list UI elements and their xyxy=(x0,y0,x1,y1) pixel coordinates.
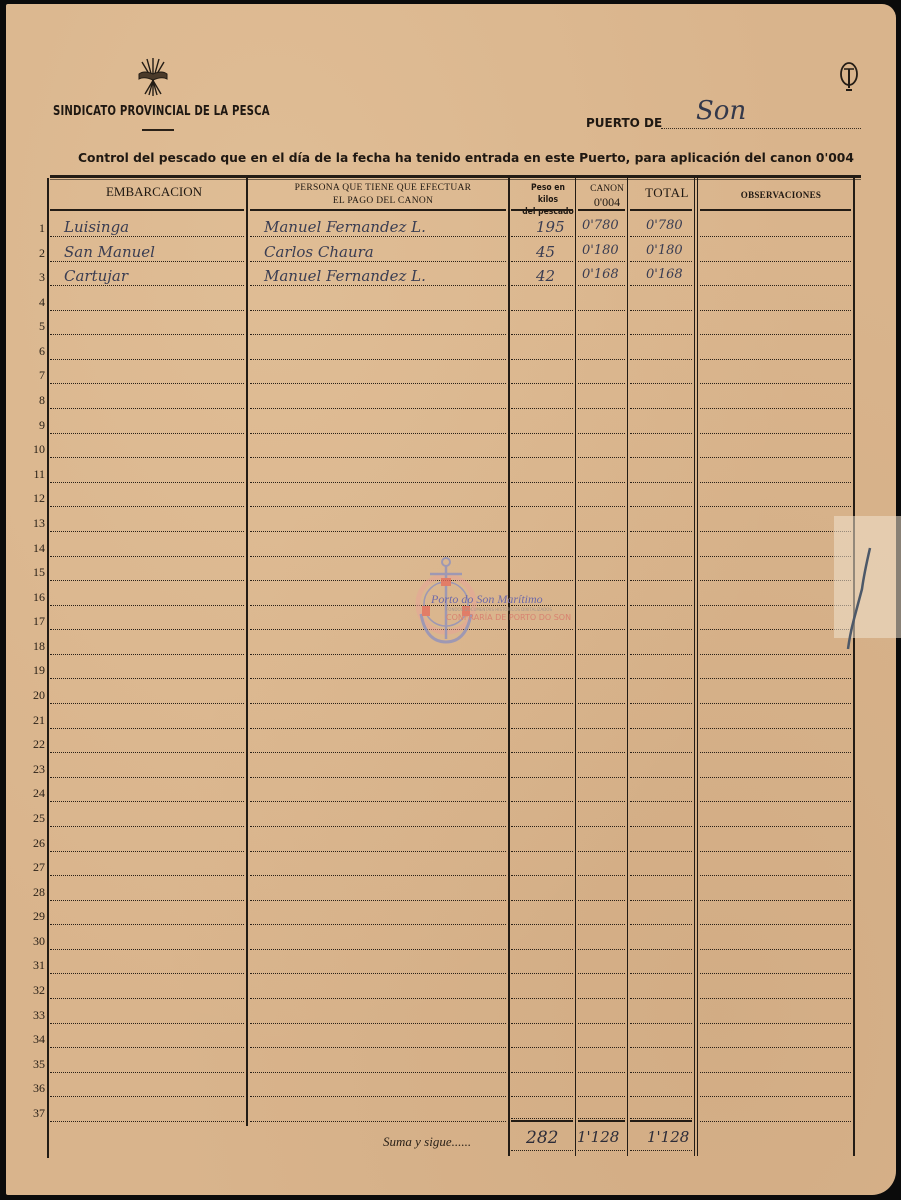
row-field-line xyxy=(511,383,573,384)
row-number: 28 xyxy=(20,885,45,900)
row-field-line xyxy=(700,556,851,557)
table-row: 33 xyxy=(6,1003,896,1027)
table-row: 7 xyxy=(6,363,896,387)
row-number: 11 xyxy=(20,467,45,482)
row-field-line xyxy=(511,777,573,778)
row-field-line xyxy=(700,605,851,606)
row-field-line xyxy=(700,629,851,630)
row-number: 7 xyxy=(20,368,45,383)
table-row: 22 xyxy=(6,732,896,756)
row-field-line xyxy=(630,1072,692,1073)
row-field-line xyxy=(511,924,573,925)
row-field-line xyxy=(700,678,851,679)
cell-total[interactable]: 0'168 xyxy=(646,267,683,282)
summary-total[interactable]: 1'128 xyxy=(647,1128,689,1146)
row-field-line xyxy=(578,261,625,262)
row-field-line xyxy=(50,998,244,999)
row-field-line xyxy=(250,678,506,679)
row-field-line xyxy=(700,261,851,262)
row-field-line xyxy=(578,531,625,532)
row-field-line xyxy=(511,1096,573,1097)
row-field-line xyxy=(250,777,506,778)
row-field-line xyxy=(250,826,506,827)
row-field-line xyxy=(511,236,573,237)
row-field-line xyxy=(630,285,692,286)
row-field-line xyxy=(700,826,851,827)
watermark-script: Porto do Son Marítimo xyxy=(431,592,543,607)
row-field-line xyxy=(630,924,692,925)
row-number: 33 xyxy=(20,1008,45,1023)
row-field-line xyxy=(578,752,625,753)
row-field-line xyxy=(250,973,506,974)
table-row: 37 xyxy=(6,1101,896,1125)
header-underline xyxy=(578,209,625,211)
table-row: 36 xyxy=(6,1076,896,1100)
row-number: 36 xyxy=(20,1081,45,1096)
header-underline xyxy=(630,209,692,211)
cell-total[interactable]: 0'180 xyxy=(646,243,683,258)
row-field-line xyxy=(700,924,851,925)
row-field-line xyxy=(250,728,506,729)
row-number: 6 xyxy=(20,344,45,359)
row-field-line xyxy=(511,482,573,483)
row-number: 17 xyxy=(20,614,45,629)
header-underline xyxy=(511,209,573,211)
row-number: 23 xyxy=(20,762,45,777)
row-field-line xyxy=(511,261,573,262)
row-field-line xyxy=(578,924,625,925)
row-field-line xyxy=(250,383,506,384)
row-field-line xyxy=(578,580,625,581)
row-field-line xyxy=(511,998,573,999)
row-field-line xyxy=(250,334,506,335)
header-peso: Peso en kilos del pescado xyxy=(521,182,575,218)
row-number: 4 xyxy=(20,295,45,310)
row-field-line xyxy=(511,801,573,802)
row-field-line xyxy=(700,285,851,286)
row-field-line xyxy=(578,973,625,974)
row-field-line xyxy=(578,457,625,458)
table-row: 29 xyxy=(6,904,896,928)
row-field-line xyxy=(700,777,851,778)
puerto-field-line xyxy=(661,128,861,129)
row-field-line xyxy=(630,334,692,335)
row-field-line xyxy=(511,752,573,753)
row-field-line xyxy=(50,482,244,483)
table-row: 10 xyxy=(6,437,896,461)
row-field-line xyxy=(578,482,625,483)
row-field-line xyxy=(511,310,573,311)
row-field-line xyxy=(250,408,506,409)
cell-canon[interactable]: 0'168 xyxy=(582,267,619,282)
cell-embarcacion[interactable]: San Manuel xyxy=(64,243,155,261)
header-underline xyxy=(50,209,244,211)
row-field-line xyxy=(700,236,851,237)
row-field-line xyxy=(578,949,625,950)
header-underline xyxy=(250,209,506,211)
cell-embarcacion[interactable]: Cartujar xyxy=(64,267,128,285)
row-field-line xyxy=(578,506,625,507)
row-number: 21 xyxy=(20,713,45,728)
row-field-line xyxy=(250,900,506,901)
row-field-line xyxy=(50,531,244,532)
row-field-line xyxy=(578,875,625,876)
row-field-line xyxy=(630,801,692,802)
row-field-line xyxy=(250,998,506,999)
row-field-line xyxy=(250,359,506,360)
row-field-line xyxy=(578,236,625,237)
row-field-line xyxy=(578,1072,625,1073)
row-field-line xyxy=(700,998,851,999)
row-field-line xyxy=(630,900,692,901)
row-field-line xyxy=(50,285,244,286)
cell-embarcacion[interactable]: Luisinga xyxy=(64,218,129,236)
row-number: 12 xyxy=(20,491,45,506)
row-field-line xyxy=(50,851,244,852)
row-field-line xyxy=(511,1023,573,1024)
row-number: 18 xyxy=(20,639,45,654)
row-field-line xyxy=(250,851,506,852)
row-field-line xyxy=(50,310,244,311)
row-field-line xyxy=(630,703,692,704)
title-underline xyxy=(142,129,174,131)
row-field-line xyxy=(578,383,625,384)
cell-peso[interactable]: 42 xyxy=(536,267,555,285)
row-number: 5 xyxy=(20,319,45,334)
header-canon-line2: 0'004 xyxy=(582,196,632,209)
row-field-line xyxy=(630,851,692,852)
table-row: 8 xyxy=(6,388,896,412)
row-field-line xyxy=(50,654,244,655)
row-field-line xyxy=(50,1023,244,1024)
row-field-line xyxy=(50,678,244,679)
row-field-line xyxy=(630,678,692,679)
row-field-line xyxy=(700,334,851,335)
table-row: 25 xyxy=(6,806,896,830)
row-number: 19 xyxy=(20,663,45,678)
summary-field-line xyxy=(578,1150,625,1151)
row-field-line xyxy=(700,457,851,458)
table-row: 28 xyxy=(6,880,896,904)
row-field-line xyxy=(50,580,244,581)
row-field-line xyxy=(630,506,692,507)
row-field-line xyxy=(700,654,851,655)
row-field-line xyxy=(700,851,851,852)
summary-field-line xyxy=(511,1150,573,1151)
row-field-line xyxy=(630,826,692,827)
row-field-line xyxy=(630,261,692,262)
row-field-line xyxy=(630,752,692,753)
row-field-line xyxy=(250,949,506,950)
row-field-line xyxy=(50,924,244,925)
table-row: 30 xyxy=(6,929,896,953)
row-field-line xyxy=(511,851,573,852)
yoke-and-arrows-icon xyxy=(136,54,170,98)
row-field-line xyxy=(630,236,692,237)
row-field-line xyxy=(700,949,851,950)
row-field-line xyxy=(50,1096,244,1097)
row-field-line xyxy=(578,851,625,852)
row-number: 1 xyxy=(20,221,45,236)
table-row: 23 xyxy=(6,757,896,781)
table-row: 3CartujarManuel Fernandez L.420'1680'168 xyxy=(6,265,896,289)
row-field-line xyxy=(50,629,244,630)
row-field-line xyxy=(50,777,244,778)
row-field-line xyxy=(630,482,692,483)
row-field-line xyxy=(578,1023,625,1024)
row-field-line xyxy=(250,1047,506,1048)
row-field-line xyxy=(250,1023,506,1024)
row-field-line xyxy=(50,1072,244,1073)
row-field-line xyxy=(630,556,692,557)
row-field-line xyxy=(511,531,573,532)
row-number: 27 xyxy=(20,860,45,875)
table-row: 13 xyxy=(6,511,896,535)
row-field-line xyxy=(511,654,573,655)
row-field-line xyxy=(250,703,506,704)
row-field-line xyxy=(630,531,692,532)
table-row: 20 xyxy=(6,683,896,707)
row-field-line xyxy=(50,703,244,704)
row-field-line xyxy=(578,629,625,630)
document-page: SINDICATO PROVINCIAL DE LA PESCA PUERTO … xyxy=(6,4,896,1195)
row-field-line xyxy=(578,408,625,409)
table-row: 35 xyxy=(6,1052,896,1076)
table-row: 11 xyxy=(6,462,896,486)
row-field-line xyxy=(50,900,244,901)
row-field-line xyxy=(250,752,506,753)
row-field-line xyxy=(630,998,692,999)
row-field-line xyxy=(578,310,625,311)
row-field-line xyxy=(578,900,625,901)
table-row: 24 xyxy=(6,781,896,805)
row-number: 20 xyxy=(20,688,45,703)
row-field-line xyxy=(700,703,851,704)
row-field-line xyxy=(250,1096,506,1097)
table-row: 32 xyxy=(6,978,896,1002)
row-field-line xyxy=(578,285,625,286)
row-number: 32 xyxy=(20,983,45,998)
row-field-line xyxy=(250,531,506,532)
row-field-line xyxy=(630,629,692,630)
row-number: 14 xyxy=(20,541,45,556)
header-persona-line1: PERSONA QUE TIENE QUE EFECTUAR xyxy=(254,182,512,195)
table-row: 5 xyxy=(6,314,896,338)
row-field-line xyxy=(511,728,573,729)
row-field-line xyxy=(630,310,692,311)
puerto-value[interactable]: Son xyxy=(696,96,746,126)
row-field-line xyxy=(630,457,692,458)
row-number: 24 xyxy=(20,786,45,801)
summary-rule xyxy=(511,1118,573,1122)
row-number: 9 xyxy=(20,418,45,433)
row-field-line xyxy=(50,752,244,753)
row-field-line xyxy=(630,777,692,778)
row-field-line xyxy=(630,728,692,729)
row-field-line xyxy=(578,703,625,704)
row-field-line xyxy=(511,973,573,974)
header-persona: PERSONA QUE TIENE QUE EFECTUAR EL PAGO D… xyxy=(254,182,512,208)
row-field-line xyxy=(578,1096,625,1097)
row-field-line xyxy=(630,973,692,974)
row-field-line xyxy=(50,506,244,507)
row-field-line xyxy=(511,703,573,704)
row-field-line xyxy=(700,1121,851,1122)
row-field-line xyxy=(50,826,244,827)
cell-canon[interactable]: 0'180 xyxy=(582,243,619,258)
row-field-line xyxy=(250,433,506,434)
row-field-line xyxy=(511,826,573,827)
row-field-line xyxy=(250,457,506,458)
summary-rule xyxy=(630,1118,692,1122)
row-field-line xyxy=(50,433,244,434)
row-field-line xyxy=(250,236,506,237)
header-persona-line2: EL PAGO DEL CANON xyxy=(254,195,512,208)
cell-canon[interactable]: 0'780 xyxy=(582,218,619,233)
control-title: Control del pescado que en el día de la … xyxy=(78,151,854,165)
header-total: TOTAL xyxy=(634,185,700,201)
row-field-line xyxy=(578,654,625,655)
header-underline xyxy=(700,209,851,211)
row-field-line xyxy=(630,654,692,655)
row-field-line xyxy=(511,678,573,679)
cell-peso[interactable]: 195 xyxy=(536,218,565,236)
row-field-line xyxy=(630,359,692,360)
row-field-line xyxy=(630,580,692,581)
row-field-line xyxy=(700,506,851,507)
row-field-line xyxy=(578,359,625,360)
table-top-rule-2 xyxy=(50,179,861,180)
row-field-line xyxy=(250,310,506,311)
row-number: 8 xyxy=(20,393,45,408)
row-field-line xyxy=(578,678,625,679)
row-field-line xyxy=(630,1023,692,1024)
row-field-line xyxy=(700,900,851,901)
table-row: 34 xyxy=(6,1027,896,1051)
table-row: 12 xyxy=(6,486,896,510)
row-field-line xyxy=(511,506,573,507)
cell-persona[interactable]: Manuel Fernandez L. xyxy=(264,218,426,236)
row-field-line xyxy=(700,1023,851,1024)
watermark-subtitle: FONDOS DOCUMENTAIS HISTÓRICOS DIXITALIZA… xyxy=(446,607,552,612)
header-canon: CANON 0'004 xyxy=(582,183,632,209)
row-number: 31 xyxy=(20,958,45,973)
row-field-line xyxy=(700,433,851,434)
table-row: 4 xyxy=(6,290,896,314)
row-field-line xyxy=(511,285,573,286)
summary-canon[interactable]: 1'128 xyxy=(577,1128,619,1146)
row-field-line xyxy=(50,408,244,409)
row-field-line xyxy=(700,359,851,360)
table-row: 19 xyxy=(6,658,896,682)
watermark-org: CONFRARÍA DE PORTO DO SON xyxy=(446,613,571,622)
row-field-line xyxy=(578,556,625,557)
row-field-line xyxy=(578,433,625,434)
row-field-line xyxy=(700,1096,851,1097)
row-field-line xyxy=(50,605,244,606)
table-row: 6 xyxy=(6,339,896,363)
table-row: 27 xyxy=(6,855,896,879)
row-field-line xyxy=(630,1047,692,1048)
row-field-line xyxy=(578,801,625,802)
cell-total[interactable]: 0'780 xyxy=(646,218,683,233)
row-field-line xyxy=(700,482,851,483)
summary-peso[interactable]: 282 xyxy=(526,1128,558,1148)
row-field-line xyxy=(250,801,506,802)
row-field-line xyxy=(700,973,851,974)
row-field-line xyxy=(250,875,506,876)
row-field-line xyxy=(50,556,244,557)
row-field-line xyxy=(700,408,851,409)
row-field-line xyxy=(250,1072,506,1073)
header-peso-line1: Peso en kilos xyxy=(521,182,575,206)
row-field-line xyxy=(630,383,692,384)
row-number: 13 xyxy=(20,516,45,531)
row-field-line xyxy=(50,261,244,262)
row-field-line xyxy=(630,949,692,950)
row-field-line xyxy=(511,334,573,335)
row-field-line xyxy=(578,1047,625,1048)
cell-peso[interactable]: 45 xyxy=(536,243,555,261)
row-number: 3 xyxy=(20,270,45,285)
puerto-label: PUERTO DE xyxy=(586,116,662,130)
row-field-line xyxy=(250,654,506,655)
table-row: 2San ManuelCarlos Chaura450'1800'180 xyxy=(6,241,896,265)
row-field-line xyxy=(50,801,244,802)
row-field-line xyxy=(511,408,573,409)
row-field-line xyxy=(250,506,506,507)
cell-persona[interactable]: Carlos Chaura xyxy=(264,243,374,261)
row-field-line xyxy=(511,1072,573,1073)
row-field-line xyxy=(630,1096,692,1097)
row-number: 10 xyxy=(20,442,45,457)
summary-rule xyxy=(578,1118,625,1122)
row-number: 22 xyxy=(20,737,45,752)
row-field-line xyxy=(700,531,851,532)
table-row: 9 xyxy=(6,413,896,437)
oval-emblem-icon xyxy=(838,60,860,94)
row-field-line xyxy=(700,580,851,581)
row-number: 2 xyxy=(20,246,45,261)
row-field-line xyxy=(511,457,573,458)
row-number: 29 xyxy=(20,909,45,924)
table-row: 31 xyxy=(6,953,896,977)
row-field-line xyxy=(50,359,244,360)
row-field-line xyxy=(578,777,625,778)
row-field-line xyxy=(700,752,851,753)
organization-name: SINDICATO PROVINCIAL DE LA PESCA xyxy=(53,104,270,119)
row-field-line xyxy=(578,605,625,606)
row-number: 30 xyxy=(20,934,45,949)
row-field-line xyxy=(578,334,625,335)
header-observaciones: OBSERVACIONES xyxy=(704,190,858,200)
row-field-line xyxy=(250,285,506,286)
row-field-line xyxy=(630,408,692,409)
row-field-line xyxy=(250,261,506,262)
table-row: 1LuisingaManuel Fernandez L.1950'7800'78… xyxy=(6,216,896,240)
row-number: 37 xyxy=(20,1106,45,1121)
row-field-line xyxy=(50,973,244,974)
row-field-line xyxy=(50,728,244,729)
table-row: 21 xyxy=(6,708,896,732)
row-field-line xyxy=(700,1047,851,1048)
row-field-line xyxy=(50,1121,244,1122)
header-embarcacion: EMBARCACION xyxy=(56,184,252,200)
cell-persona[interactable]: Manuel Fernandez L. xyxy=(264,267,426,285)
paper-tear-mark xyxy=(844,544,874,654)
row-field-line xyxy=(630,433,692,434)
row-number: 25 xyxy=(20,811,45,826)
